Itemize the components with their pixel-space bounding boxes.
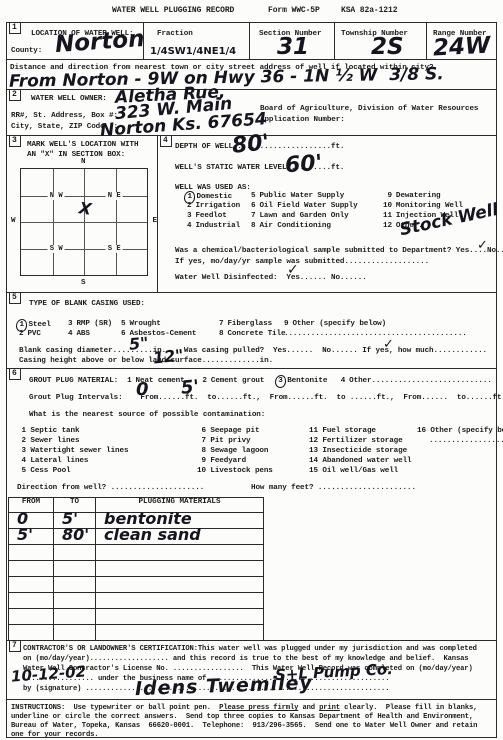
plug-from-value: 5'	[9, 528, 53, 542]
section3-number: 3	[9, 136, 21, 147]
form-title: WATER WELL PLUGGING RECORD	[112, 6, 234, 16]
section6-number: 6	[9, 369, 21, 380]
casing-option-number: 8	[219, 329, 223, 339]
grid-nw-label: N W	[48, 192, 65, 200]
contamination-item: 1 Septic tank	[17, 426, 128, 436]
casing-other-dots: ........................................…	[284, 330, 467, 338]
grout-option-label: Bentonite	[287, 377, 327, 385]
section3-title-line2: AN "X" IN SECTION BOX:	[27, 150, 125, 160]
casing-option-label: Wrought	[129, 320, 160, 328]
contamination-col1: 1 Septic tank 2 Sewer lines 3 Watertight…	[17, 426, 128, 476]
fraction-label: Fraction	[157, 29, 193, 39]
plugging-row: 5' 80' clean sand	[9, 529, 264, 545]
section-location-grid: N W N E S W S E N S W E X	[20, 168, 148, 276]
section5-title: TYPE OF BLANK CASING USED:	[29, 299, 145, 309]
signature-value: Idens Twemiley	[135, 674, 313, 699]
casing-option-label: RMP (SR)	[76, 320, 112, 328]
well-uses-col1: 1Domestic 2Irrigation 3Feedlot 4Industri…	[187, 191, 240, 231]
plugging-row	[9, 545, 264, 561]
instructions-part3: clearly. Please fill in blanks,	[340, 704, 477, 712]
contamination-item: 10 Livestock pens	[197, 466, 273, 476]
plug-to-value: 80'	[54, 528, 95, 542]
owner-label: WATER WELL OWNER:	[31, 94, 107, 104]
certification-line1: CONTRACTOR'S OR LANDOWNER'S CERTIFICATIO…	[23, 644, 477, 654]
grout-option-number: 1	[127, 376, 131, 386]
contamination-item: 5 Cess Pool	[17, 466, 128, 476]
plugging-table: FROM TO PLUGGING MATERIALS 0 5' bentonit…	[8, 497, 264, 641]
agency-name: Board of Agriculture, Division of Water …	[260, 104, 478, 114]
grid-west-label: W	[11, 217, 16, 225]
plug-to-value: 5'	[54, 512, 95, 526]
contamination-item: 7 Pit privy	[197, 436, 273, 446]
interval-to-value: 5'	[180, 378, 200, 398]
township-number-value: 2S	[371, 36, 404, 59]
chemical-sample-question: Was a chemical/bacteriological sample su…	[175, 246, 503, 256]
use-number: 4	[187, 221, 191, 231]
certification-line3: Water Well Contractor's License No. ....…	[23, 664, 473, 674]
grout-material-label: GROUT PLUG MATERIAL:	[29, 377, 118, 385]
grout-option-label: Cement grout	[211, 377, 264, 385]
county-value: Norton	[54, 28, 145, 57]
application-number-label: Application Number:	[260, 115, 345, 125]
grout-option-label: Other...........................	[349, 377, 492, 385]
use-label: Public Water Supply	[259, 192, 344, 200]
range-number-value: 24W	[432, 35, 491, 61]
form-statute: KSA 82a-1212	[341, 6, 397, 16]
contamination-item: 14 Abandoned water well	[309, 456, 412, 466]
grout-option-number: 2	[202, 376, 206, 386]
plug-material-value: clean sand	[96, 528, 263, 542]
grout-option-number: 4	[341, 376, 345, 386]
use-label: Feedlot	[195, 212, 226, 220]
grout-option-number: 3	[275, 375, 286, 388]
instructions-underline1: Please press firmly	[219, 704, 298, 712]
contamination-item: 11 Fuel storage	[309, 426, 412, 436]
contamination-question: What is the nearest source of possible c…	[29, 410, 265, 420]
depth-of-well-value: 80'	[231, 132, 270, 158]
casing-height-line: Casing height above or below land surfac…	[19, 356, 273, 366]
section5-number: 5	[9, 293, 21, 304]
section1-number: 1	[9, 23, 21, 34]
use-label: Lawn and Garden Only	[259, 212, 348, 220]
instructions-part2: and	[298, 704, 319, 712]
distance-row: Distance and direction from nearest town…	[6, 59, 497, 90]
direction-from-well-label: Direction from well? ...................…	[17, 483, 204, 493]
use-number: 6	[251, 201, 255, 211]
plugging-row	[9, 609, 264, 625]
contamination-item: 4 Lateral lines	[17, 456, 128, 466]
certification-line2: on (mo/day/year)................... and …	[23, 654, 468, 664]
water-well-plugging-record-scan: WATER WELL PLUGGING RECORD Form WWC-5P K…	[0, 0, 503, 740]
contamination-item: 6 Seepage pit	[197, 426, 273, 436]
chemical-sample-no-check: ✓	[477, 239, 488, 252]
casing-option-label: Other (specify below)	[292, 320, 386, 328]
section3-title-line1: MARK WELL'S LOCATION WITH	[27, 140, 138, 150]
section5-casing: 5 TYPE OF BLANK CASING USED: 1Steel 3RMP…	[6, 292, 497, 369]
contamination-item: 9 Feedyard	[197, 456, 273, 466]
grout-material-line: GROUT PLUG MATERIAL: 1Neat cement 2Cemen…	[29, 375, 492, 388]
grid-sw-label: S W	[48, 245, 65, 253]
use-label: Domestic	[196, 193, 232, 201]
casing-height-value: 12"	[152, 347, 184, 366]
how-many-feet-label: How many feet? ......................	[251, 483, 416, 493]
casing-diameter-line: Blank casing diameter.........in. Was ca…	[19, 346, 487, 356]
address-label: RR#, St. Address, Box #:	[11, 111, 118, 121]
plugging-table-header-from: FROM	[9, 498, 54, 513]
contamination-other-dots: ......................	[417, 436, 503, 446]
section2-owner: 2 WATER WELL OWNER: Aletha Rue, RR#, St.…	[6, 89, 497, 136]
contamination-item: 13 Insecticide storage	[309, 446, 412, 456]
plug-from-value: 0	[9, 512, 53, 526]
use-number: 5	[251, 191, 255, 201]
plugging-row	[9, 625, 264, 641]
use-number: 9	[383, 191, 392, 201]
casing-option-label: PVC	[27, 330, 40, 338]
instructions-underline2: print	[319, 704, 340, 712]
contamination-item: 3 Watertight sewer lines	[17, 446, 128, 456]
grid-south-label: S	[81, 279, 86, 287]
use-number: 7	[251, 211, 255, 221]
section3-4-row: 3 MARK WELL'S LOCATION WITH AN "X" IN SE…	[6, 135, 497, 293]
section6-grout: 6 GROUT PLUG MATERIAL: 1Neat cement 2Cem…	[6, 368, 497, 641]
section-number-value: 31	[277, 36, 309, 59]
casing-option-number: 7	[219, 319, 223, 329]
section7-certification: 7 CONTRACTOR'S OR LANDOWNER'S CERTIFICAT…	[6, 640, 497, 700]
casing-option-label: ABS	[76, 330, 89, 338]
use-label: Oil Field Water Supply	[259, 202, 357, 210]
plugging-row	[9, 577, 264, 593]
casing-option-number: 4	[68, 329, 72, 339]
distance-value: From Norton - 9W on Hwy 36 - 1N ½ W 3/8 …	[9, 66, 444, 91]
well-location-x-mark: X	[78, 200, 92, 218]
use-number: 8	[251, 221, 255, 231]
casing-option-number: 5	[121, 319, 125, 329]
grid-north-label: N	[81, 158, 86, 166]
instructions-line4: one for your records.	[11, 730, 98, 740]
contamination-item: 12 Fertilizer storage	[309, 436, 412, 446]
casing-option-number: 9	[284, 319, 288, 329]
grid-east-label: E	[152, 217, 157, 225]
use-label: Dewatering	[396, 192, 441, 200]
contamination-item: 15 Oil well/Gas well	[309, 466, 412, 476]
grid-ne-label: N E	[106, 192, 123, 200]
disinfected-line: Water Well Disinfected: Yes...... No....…	[175, 273, 367, 283]
grout-intervals-line: Grout Plug Intervals: From......ft. to..…	[29, 393, 503, 403]
contamination-col2: 6 Seepage pit 7 Pit privy 8 Sewage lagoo…	[197, 426, 273, 476]
county-label: County:	[11, 46, 42, 56]
casing-option-label: Concrete Tile	[227, 330, 285, 338]
section7-number: 7	[9, 641, 21, 652]
well-uses-col2: 5Public Water Supply 6Oil Field Water Su…	[251, 191, 358, 231]
use-label: Irrigation	[195, 202, 240, 210]
use-number: 10	[383, 201, 392, 211]
casing-option-number: 3	[68, 319, 72, 329]
form-number: Form WWC-5P	[268, 6, 320, 16]
interval-from-value: 0	[136, 381, 149, 399]
use-label: Industrial	[195, 222, 240, 230]
disinfected-yes-check: ✓	[287, 263, 299, 277]
casing-option-number: 6	[121, 329, 125, 339]
casing-option-number: 2	[19, 329, 23, 339]
chemical-sample-date-line: If yes, mo/day/yr sample was submitted..…	[175, 257, 429, 267]
grid-se-label: S E	[106, 245, 123, 253]
plugging-row	[9, 561, 264, 577]
static-water-level-value: 60'	[284, 153, 323, 178]
use-number: 12	[383, 221, 392, 231]
section4-number: 4	[160, 136, 172, 147]
use-number: 2	[187, 201, 191, 211]
contamination-col4: 16 Other (specify below) ...............…	[417, 426, 503, 446]
casing-option-label: Steel	[28, 321, 50, 329]
plugging-row	[9, 593, 264, 609]
contamination-item: 2 Sewer lines	[17, 436, 128, 446]
use-label: Air Conditioning	[259, 222, 330, 230]
contamination-item: 8 Sewage lagoon	[197, 446, 273, 456]
casing-diameter-value: 5"	[128, 335, 149, 353]
contamination-item: 16 Other (specify below)	[417, 426, 503, 436]
plug-material-value: bentonite	[96, 512, 263, 526]
fraction-value: 1/4SW1/4NE1/4	[150, 47, 236, 57]
casing-option-label: Fiberglass	[227, 320, 272, 328]
use-number: 11	[383, 211, 392, 221]
contamination-col3: 11 Fuel storage 12 Fertilizer storage 13…	[309, 426, 412, 476]
instructions-box: INSTRUCTIONS: Use typewriter or ball poi…	[6, 699, 497, 738]
section1-location: 1 LOCATION OF WATER WELL: County: Norton…	[6, 22, 497, 60]
casing-pulled-no-check: ✓	[383, 338, 394, 351]
use-number: 3	[187, 211, 191, 221]
instructions-part1: INSTRUCTIONS: Use typewriter or ball poi…	[11, 704, 219, 712]
